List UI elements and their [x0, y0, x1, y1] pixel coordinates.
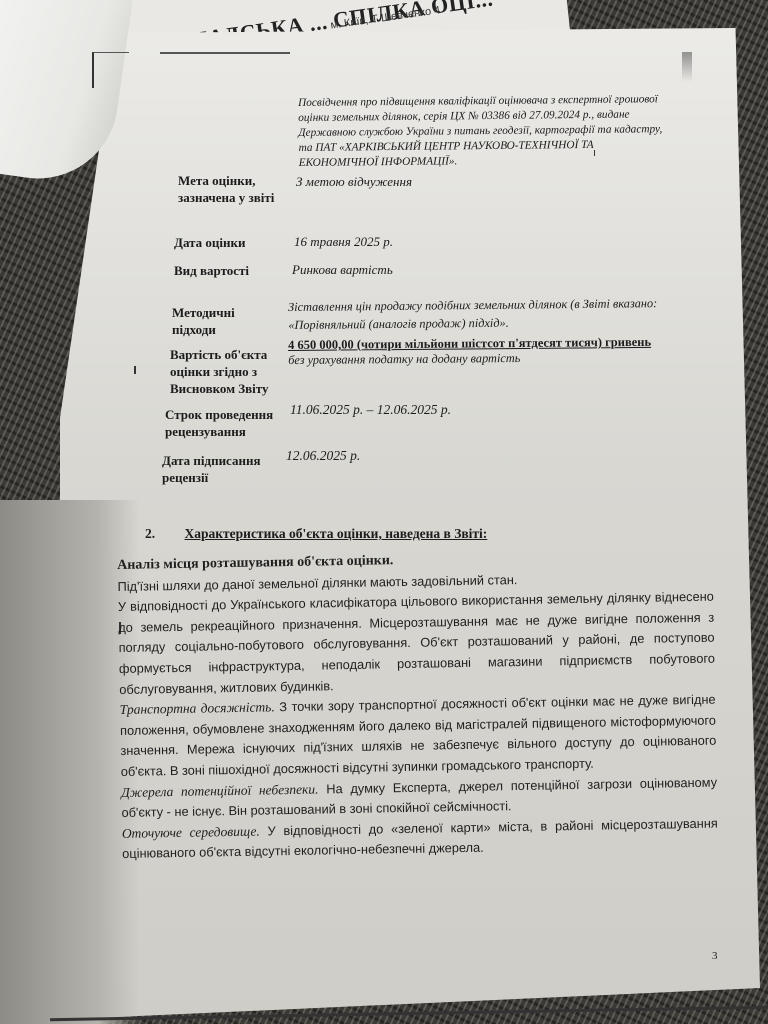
top-rule	[160, 52, 290, 54]
classification-paragraph: У відповідності до Українського класифік…	[118, 587, 716, 700]
section-2-body: Аналіз місця розташування об'єкта оцінки…	[117, 545, 718, 865]
transport-label: Транспортна досяжність.	[120, 699, 275, 717]
label-line: Мета оцінки,	[178, 172, 274, 189]
certificate-text: Посвідчення про підвищення кваліфікації …	[298, 92, 719, 171]
toner-smudge	[682, 52, 692, 82]
value-type-value: Ринкова вартість	[292, 262, 393, 278]
label-line: Дата підписання	[162, 452, 261, 469]
object-value-label: Вартість об'єкта оцінки згідно з Висновк…	[170, 346, 269, 397]
label-line: зазначена у звіті	[178, 189, 274, 206]
label-line: рецензії	[162, 469, 261, 486]
signing-date-value: 12.06.2025 р.	[286, 448, 360, 464]
label-line: підходи	[172, 321, 235, 338]
section-title: Характеристика об'єкта оцінки, наведена …	[185, 526, 488, 541]
section-2-heading: 2. Характеристика об'єкта оцінки, наведе…	[145, 526, 487, 542]
label-line: Висновком Звіту	[170, 380, 269, 397]
label-line: рецензування	[165, 423, 273, 440]
review-period-value: 11.06.2025 р. – 12.06.2025 р.	[290, 402, 451, 418]
section-number: 2.	[145, 526, 155, 541]
object-value: 4 650 000,00 (чотири мільйони шістсот п'…	[288, 335, 651, 368]
valuation-date-label: Дата оцінки	[174, 234, 245, 251]
corner-mark	[92, 52, 129, 88]
location-heading: Аналіз місця розташування об'єкта оцінки…	[117, 553, 393, 573]
review-period-label: Строк проведення рецензування	[165, 406, 273, 440]
object-value-amount: 4 650 000,00 (чотири мільйони шістсот п'…	[288, 335, 651, 353]
valuation-date-value: 16 травня 2025 р.	[294, 234, 393, 250]
value-line: «Порівняльний (аналогів продаж) підхід».	[288, 312, 657, 334]
environment-label: Оточуюче середовище.	[122, 823, 260, 840]
purpose-label: Мета оцінки, зазначена у звіті	[178, 172, 274, 206]
value-type-label: Вид вартості	[174, 262, 249, 279]
purpose-value: З метою відчуження	[296, 174, 412, 190]
signing-date-label: Дата підписання рецензії	[162, 452, 261, 486]
margin-mark	[594, 150, 595, 156]
transport-paragraph: Транспортна досяжність. З точки зору тра…	[120, 690, 717, 783]
page-number: 3	[712, 950, 718, 962]
methods-label: Методичні підходи	[172, 304, 235, 338]
label-line: Вартість об'єкта	[170, 346, 269, 363]
hazard-label: Джерела потенційної небезпеки.	[121, 781, 319, 799]
margin-mark	[134, 366, 136, 374]
object-value-note: без урахування податку на додану вартіст…	[288, 350, 651, 368]
label-line: Методичні	[172, 304, 235, 321]
methods-value: Зіставлення цін продажу подібних земельн…	[288, 294, 657, 334]
label-line: Строк проведення	[165, 406, 273, 423]
label-line: оцінки згідно з	[170, 363, 269, 380]
